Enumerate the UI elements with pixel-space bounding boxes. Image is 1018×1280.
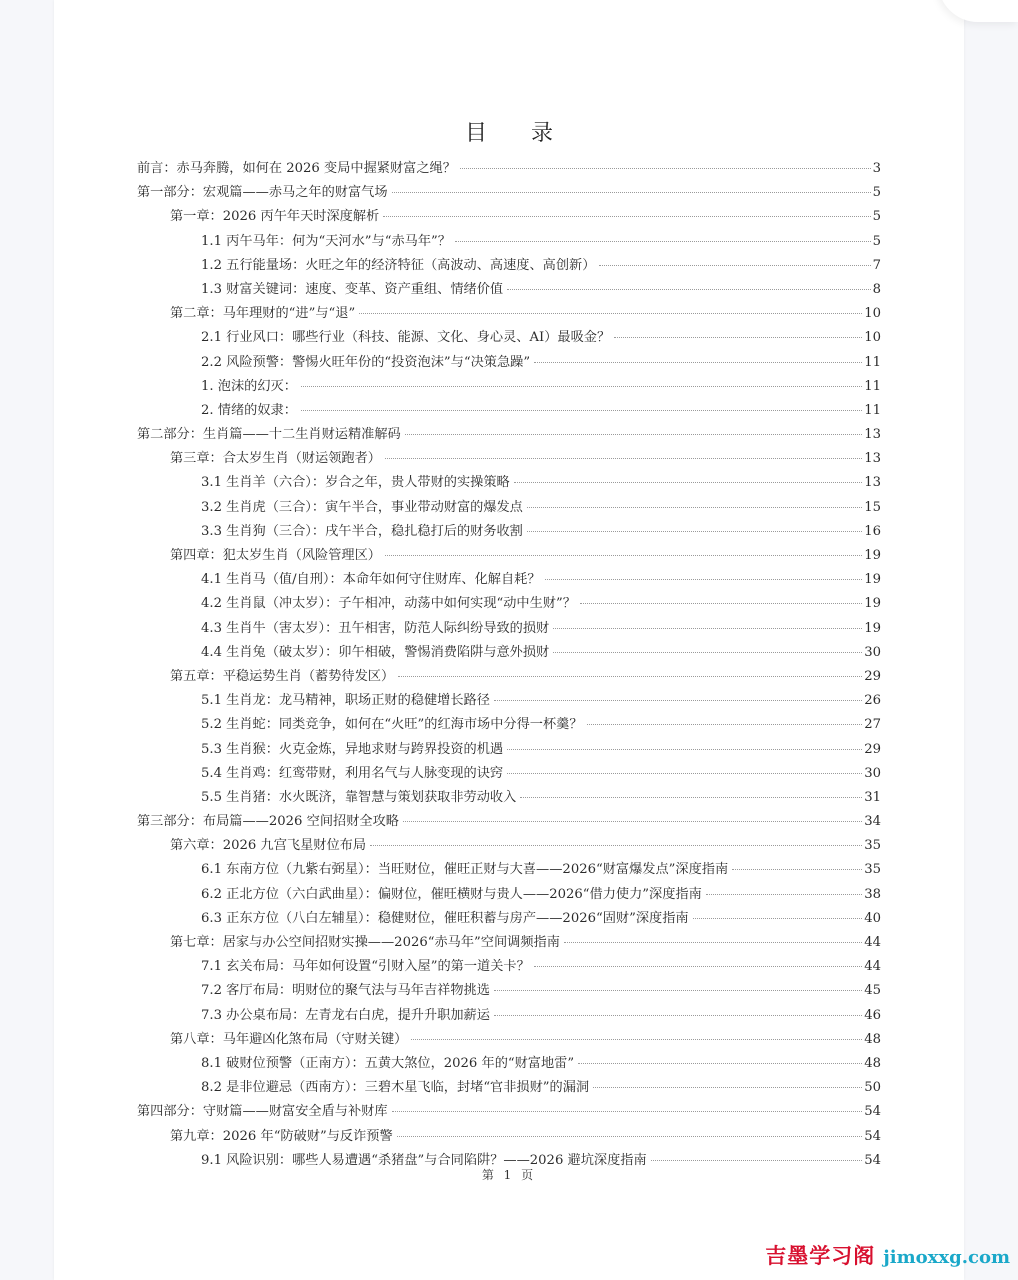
- toc-entry-label: 3.2 生肖虎（三合）：寅午半合，事业带动财富的爆发点: [201, 496, 523, 515]
- dot-leader: [534, 362, 862, 363]
- toc-entry-page-number: 54: [864, 1129, 881, 1144]
- toc-entry-label: 6.1 东南方位（九紫右弼星）：当旺财位，催旺正财与大喜——2026“财富爆发点…: [201, 858, 728, 877]
- toc-entry-label: 第四部分：守财篇——财富安全盾与补财库: [137, 1100, 388, 1119]
- dot-leader: [553, 652, 862, 653]
- toc-entry-label: 1. 泡沫的幻灭：: [201, 375, 297, 394]
- toc-entry[interactable]: 3.3 生肖狗（三合）：戌午半合，稳扎稳打后的财务收割16: [137, 520, 881, 544]
- toc-entry[interactable]: 2.2 风险预警：警惕火旺年份的“投资泡沫”与“决策急躁”11: [137, 351, 881, 375]
- toc-entry[interactable]: 1.3 财富关键词：速度、变革、资产重组、情绪价值8: [137, 278, 881, 302]
- dot-leader: [514, 482, 863, 483]
- toc-entry-page-number: 11: [864, 379, 881, 394]
- toc-entry[interactable]: 6.2 正北方位（六白武曲星）：偏财位，催旺横财与贵人——2026“借力使力”深…: [137, 883, 881, 907]
- toc-entry-label: 第四章：犯太岁生肖（风险管理区）: [170, 544, 381, 563]
- toc-entry-label: 2.1 行业风口：哪些行业（科技、能源、文化、身心灵、AI）最吸金？: [201, 326, 610, 345]
- toc-entry-label: 5.2 生肖蛇：同类竞争，如何在“火旺”的红海市场中分得一杯羹？: [201, 713, 583, 732]
- dot-leader: [398, 676, 862, 677]
- toc-entry[interactable]: 6.3 正东方位（八白左辅星）：稳健财位，催旺积蓄与房产——2026“固财”深度…: [137, 907, 881, 931]
- toc-entry[interactable]: 2. 情绪的奴隶：11: [137, 399, 881, 423]
- toc-entry-label: 第一部分：宏观篇——赤马之年的财富气场: [137, 181, 388, 200]
- toc-entry-page-number: 48: [864, 1056, 881, 1071]
- toc-entry-label: 5.3 生肖猴：火克金炼，异地求财与跨界投资的机遇: [201, 738, 503, 757]
- toc-entry-label: 第二章：马年理财的“进”与“退”: [170, 302, 355, 321]
- toc-entry-page-number: 11: [864, 403, 881, 418]
- dot-leader: [494, 1015, 862, 1016]
- dot-leader: [403, 821, 862, 822]
- toc-entry[interactable]: 8.1 破财位预警（正南方）：五黄大煞位，2026 年的“财富地雷”48: [137, 1052, 881, 1076]
- dot-leader: [301, 410, 862, 411]
- dot-leader: [405, 434, 862, 435]
- toc-entry-label: 第三部分：布局篇——2026 空间招财全攻略: [137, 810, 399, 829]
- dot-leader: [455, 241, 871, 242]
- dot-leader: [301, 386, 862, 387]
- dot-leader: [507, 749, 862, 750]
- toc-entry[interactable]: 5.5 生肖猪：水火既济，靠智慧与策划获取非劳动收入31: [137, 786, 881, 810]
- toc-entry-page-number: 30: [864, 645, 881, 660]
- toc-entry-page-number: 3: [873, 161, 881, 176]
- toc-entry-label: 第九章：2026 年“防破财”与反诈预警: [170, 1125, 393, 1144]
- toc-entry-page-number: 10: [864, 306, 881, 321]
- toc-entry-label: 第六章：2026 九宫飞星财位布局: [170, 834, 366, 853]
- dot-leader: [520, 797, 862, 798]
- dot-leader: [527, 531, 862, 532]
- toc-entry[interactable]: 7.3 办公桌布局：左青龙右白虎，提升升职加薪运46: [137, 1004, 881, 1028]
- toc-entry[interactable]: 第四章：犯太岁生肖（风险管理区）19: [137, 544, 881, 568]
- toc-entry-label: 1.1 丙午马年：何为“天河水”与“赤马年”？: [201, 230, 451, 249]
- watermark-url-text: jimoxxg.com: [883, 1247, 1010, 1268]
- dot-leader: [411, 1039, 862, 1040]
- toc-entry[interactable]: 5.2 生肖蛇：同类竞争，如何在“火旺”的红海市场中分得一杯羹？27: [137, 713, 881, 737]
- toc-entry-page-number: 35: [864, 862, 881, 877]
- dot-leader: [693, 918, 863, 919]
- toc-entry-label: 第七章：居家与办公空间招财实操——2026“赤马年”空间调频指南: [170, 931, 560, 950]
- toc-entry-label: 3.3 生肖狗（三合）：戌午半合，稳扎稳打后的财务收割: [201, 520, 523, 539]
- toc-entry[interactable]: 4.2 生肖鼠（冲太岁）：子午相冲，动荡中如何实现“动中生财”？19: [137, 592, 881, 616]
- toc-title: 目录: [54, 116, 964, 147]
- toc-entry-page-number: 19: [864, 548, 881, 563]
- toc-entry-label: 第八章：马年避凶化煞布局（守财关键）: [170, 1028, 407, 1047]
- site-watermark: 吉墨学习阁 jimoxxg.com: [765, 1240, 1010, 1270]
- toc-entry-page-number: 16: [864, 524, 881, 539]
- dot-leader: [706, 894, 862, 895]
- toc-entry-label: 5.4 生肖鸡：红鸾带财，利用名气与人脉变现的诀窍: [201, 762, 503, 781]
- toc-entry-label: 6.2 正北方位（六白武曲星）：偏财位，催旺横财与贵人——2026“借力使力”深…: [201, 883, 702, 902]
- toc-entry-label: 7.1 玄关布局：马年如何设置“引财入屋”的第一道关卡？: [201, 955, 530, 974]
- toc-entry-page-number: 45: [864, 983, 881, 998]
- toc-entry-page-number: 5: [873, 234, 881, 249]
- toc-entry-label: 1.2 五行能量场：火旺之年的经济特征（高波动、高速度、高创新）: [201, 254, 595, 273]
- toc-entry-label: 7.2 客厅布局：明财位的聚气法与马年吉祥物挑选: [201, 979, 490, 998]
- toc-entry-page-number: 13: [864, 475, 881, 490]
- table-of-contents: 前言：赤马奔腾，如何在 2026 变局中握紧财富之绳？3第一部分：宏观篇——赤马…: [137, 157, 881, 1173]
- dot-leader: [545, 579, 863, 580]
- watermark-cn-text: 吉墨学习阁: [765, 1240, 875, 1270]
- toc-entry[interactable]: 1.1 丙午马年：何为“天河水”与“赤马年”？5: [137, 230, 881, 254]
- dot-leader: [397, 1136, 863, 1137]
- toc-entry-label: 2.2 风险预警：警惕火旺年份的“投资泡沫”与“决策急躁”: [201, 351, 530, 370]
- toc-entry[interactable]: 第一部分：宏观篇——赤马之年的财富气场5: [137, 181, 881, 205]
- toc-entry-page-number: 44: [864, 959, 881, 974]
- dot-leader: [392, 192, 871, 193]
- dot-leader: [599, 265, 870, 266]
- toc-entry-page-number: 19: [864, 621, 881, 636]
- toc-entry[interactable]: 第七章：居家与办公空间招财实操——2026“赤马年”空间调频指南44: [137, 931, 881, 955]
- toc-entry-page-number: 7: [873, 258, 881, 273]
- toc-entry[interactable]: 第八章：马年避凶化煞布局（守财关键）48: [137, 1028, 881, 1052]
- toc-entry-label: 4.3 生肖牛（害太岁）：丑午相害，防范人际纠纷导致的损财: [201, 617, 549, 636]
- toc-entry-label: 1.3 财富关键词：速度、变革、资产重组、情绪价值: [201, 278, 503, 297]
- dot-leader: [370, 845, 862, 846]
- dot-leader: [494, 990, 862, 991]
- toc-entry-label: 6.3 正东方位（八白左辅星）：稳健财位，催旺积蓄与房产——2026“固财”深度…: [201, 907, 689, 926]
- toc-entry[interactable]: 第九章：2026 年“防破财”与反诈预警54: [137, 1125, 881, 1149]
- toc-entry[interactable]: 4.3 生肖牛（害太岁）：丑午相害，防范人际纠纷导致的损财19: [137, 617, 881, 641]
- toc-entry[interactable]: 第二部分：生肖篇——十二生肖财运精准解码13: [137, 423, 881, 447]
- toc-entry-page-number: 35: [864, 838, 881, 853]
- dot-leader: [507, 289, 871, 290]
- toc-entry-page-number: 13: [864, 427, 881, 442]
- toc-entry-label: 4.2 生肖鼠（冲太岁）：子午相冲，动荡中如何实现“动中生财”？: [201, 592, 576, 611]
- toc-entry-label: 7.3 办公桌布局：左青龙右白虎，提升升职加薪运: [201, 1004, 490, 1023]
- dot-leader: [392, 1111, 863, 1112]
- dot-leader: [580, 603, 862, 604]
- toc-entry-page-number: 31: [864, 790, 881, 805]
- toc-entry-label: 8.1 破财位预警（正南方）：五黄大煞位，2026 年的“财富地雷”: [201, 1052, 574, 1071]
- toc-entry[interactable]: 3.1 生肖羊（六合）：岁合之年，贵人带财的实操策略13: [137, 471, 881, 495]
- toc-entry[interactable]: 2.1 行业风口：哪些行业（科技、能源、文化、身心灵、AI）最吸金？10: [137, 326, 881, 350]
- toc-entry-label: 3.1 生肖羊（六合）：岁合之年，贵人带财的实操策略: [201, 471, 510, 490]
- toc-entry[interactable]: 5.1 生肖龙：龙马精神，职场正财的稳健增长路径26: [137, 689, 881, 713]
- dot-leader: [578, 1063, 862, 1064]
- toc-entry-label: 前言：赤马奔腾，如何在 2026 变局中握紧财富之绳？: [137, 157, 456, 176]
- dot-leader: [460, 168, 871, 169]
- toc-entry-page-number: 5: [873, 185, 881, 200]
- dot-leader: [614, 337, 862, 338]
- dot-leader: [564, 942, 862, 943]
- toc-entry-page-number: 48: [864, 1032, 881, 1047]
- toc-entry-page-number: 38: [864, 887, 881, 902]
- toc-entry[interactable]: 第五章：平稳运势生肖（蓄势待发区）29: [137, 665, 881, 689]
- toc-entry[interactable]: 第一章：2026 丙午年天时深度解析5: [137, 205, 881, 229]
- toc-entry-label: 4.1 生肖马（值/自刑）：本命年如何守住财库、化解自耗？: [201, 568, 541, 587]
- toc-entry-label: 2. 情绪的奴隶：: [201, 399, 297, 418]
- toc-entry-page-number: 26: [864, 693, 881, 708]
- toc-entry[interactable]: 1.2 五行能量场：火旺之年的经济特征（高波动、高速度、高创新）7: [137, 254, 881, 278]
- dot-leader: [651, 1160, 863, 1161]
- dot-leader: [534, 966, 862, 967]
- toc-entry-page-number: 19: [864, 572, 881, 587]
- toc-entry-page-number: 34: [864, 814, 881, 829]
- toc-entry-page-number: 11: [864, 355, 881, 370]
- toc-entry[interactable]: 8.2 是非位避忌（西南方）：三碧木星飞临，封堵“官非损财”的漏洞50: [137, 1076, 881, 1100]
- toc-entry-label: 第三章：合太岁生肖（财运领跑者）: [170, 447, 381, 466]
- toc-entry[interactable]: 3.2 生肖虎（三合）：寅午半合，事业带动财富的爆发点15: [137, 496, 881, 520]
- toc-entry[interactable]: 7.2 客厅布局：明财位的聚气法与马年吉祥物挑选45: [137, 979, 881, 1003]
- toc-entry[interactable]: 5.4 生肖鸡：红鸾带财，利用名气与人脉变现的诀窍30: [137, 762, 881, 786]
- dot-leader: [732, 869, 862, 870]
- toc-entry-page-number: 50: [864, 1080, 881, 1095]
- toc-entry-page-number: 13: [864, 451, 881, 466]
- toc-entry-page-number: 27: [864, 717, 881, 732]
- toc-entry-label: 第五章：平稳运势生肖（蓄势待发区）: [170, 665, 394, 684]
- dot-leader: [553, 628, 862, 629]
- toc-entry-label: 第一章：2026 丙午年天时深度解析: [170, 205, 379, 224]
- toc-entry[interactable]: 5.3 生肖猴：火克金炼，异地求财与跨界投资的机遇29: [137, 738, 881, 762]
- toc-entry-page-number: 8: [873, 282, 881, 297]
- dot-leader: [494, 700, 862, 701]
- toc-entry[interactable]: 第四部分：守财篇——财富安全盾与补财库54: [137, 1100, 881, 1124]
- toc-entry-label: 5.5 生肖猪：水火既济，靠智慧与策划获取非劳动收入: [201, 786, 516, 805]
- document-page: 目录 前言：赤马奔腾，如何在 2026 变局中握紧财富之绳？3第一部分：宏观篇—…: [54, 0, 964, 1280]
- toc-entry[interactable]: 4.4 生肖兔（破太岁）：卯午相破，警惕消费陷阱与意外损财30: [137, 641, 881, 665]
- dot-leader: [507, 773, 862, 774]
- dot-leader: [385, 458, 862, 459]
- dot-leader: [385, 555, 862, 556]
- toc-entry[interactable]: 第三部分：布局篇——2026 空间招财全攻略34: [137, 810, 881, 834]
- toc-entry[interactable]: 第三章：合太岁生肖（财运领跑者）13: [137, 447, 881, 471]
- toc-entry-page-number: 46: [864, 1008, 881, 1023]
- toc-entry-label: 5.1 生肖龙：龙马精神，职场正财的稳健增长路径: [201, 689, 490, 708]
- toc-entry-page-number: 5: [873, 209, 881, 224]
- toc-entry[interactable]: 第二章：马年理财的“进”与“退”10: [137, 302, 881, 326]
- toc-entry-label: 9.1 风险识别：哪些人易遭遇“杀猪盘”与合同陷阱？——2026 避坑深度指南: [201, 1149, 647, 1168]
- dot-leader: [527, 507, 862, 508]
- dot-leader: [359, 313, 862, 314]
- toc-entry-page-number: 19: [864, 596, 881, 611]
- dot-leader: [593, 1087, 862, 1088]
- toc-entry-page-number: 15: [864, 500, 881, 515]
- toc-entry[interactable]: 6.1 东南方位（九紫右弼星）：当旺财位，催旺正财与大喜——2026“财富爆发点…: [137, 858, 881, 882]
- toc-entry-label: 4.4 生肖兔（破太岁）：卯午相破，警惕消费陷阱与意外损财: [201, 641, 549, 660]
- toc-entry-page-number: 44: [864, 935, 881, 950]
- dot-leader: [587, 724, 863, 725]
- toc-entry-page-number: 30: [864, 766, 881, 781]
- page-number-footer: 第 1 页: [54, 1166, 964, 1183]
- toc-entry-page-number: 29: [864, 669, 881, 684]
- toc-entry-page-number: 54: [864, 1104, 881, 1119]
- toc-entry[interactable]: 7.1 玄关布局：马年如何设置“引财入屋”的第一道关卡？44: [137, 955, 881, 979]
- toc-entry-page-number: 29: [864, 742, 881, 757]
- toc-entry[interactable]: 第六章：2026 九宫飞星财位布局35: [137, 834, 881, 858]
- toc-entry[interactable]: 前言：赤马奔腾，如何在 2026 变局中握紧财富之绳？3: [137, 157, 881, 181]
- dot-leader: [383, 216, 870, 217]
- toc-entry-label: 第二部分：生肖篇——十二生肖财运精准解码: [137, 423, 401, 442]
- toc-entry[interactable]: 4.1 生肖马（值/自刑）：本命年如何守住财库、化解自耗？19: [137, 568, 881, 592]
- toc-entry[interactable]: 1. 泡沫的幻灭：11: [137, 375, 881, 399]
- toc-entry-page-number: 40: [864, 911, 881, 926]
- toc-entry-label: 8.2 是非位避忌（西南方）：三碧木星飞临，封堵“官非损财”的漏洞: [201, 1076, 589, 1095]
- toc-entry-page-number: 10: [864, 330, 881, 345]
